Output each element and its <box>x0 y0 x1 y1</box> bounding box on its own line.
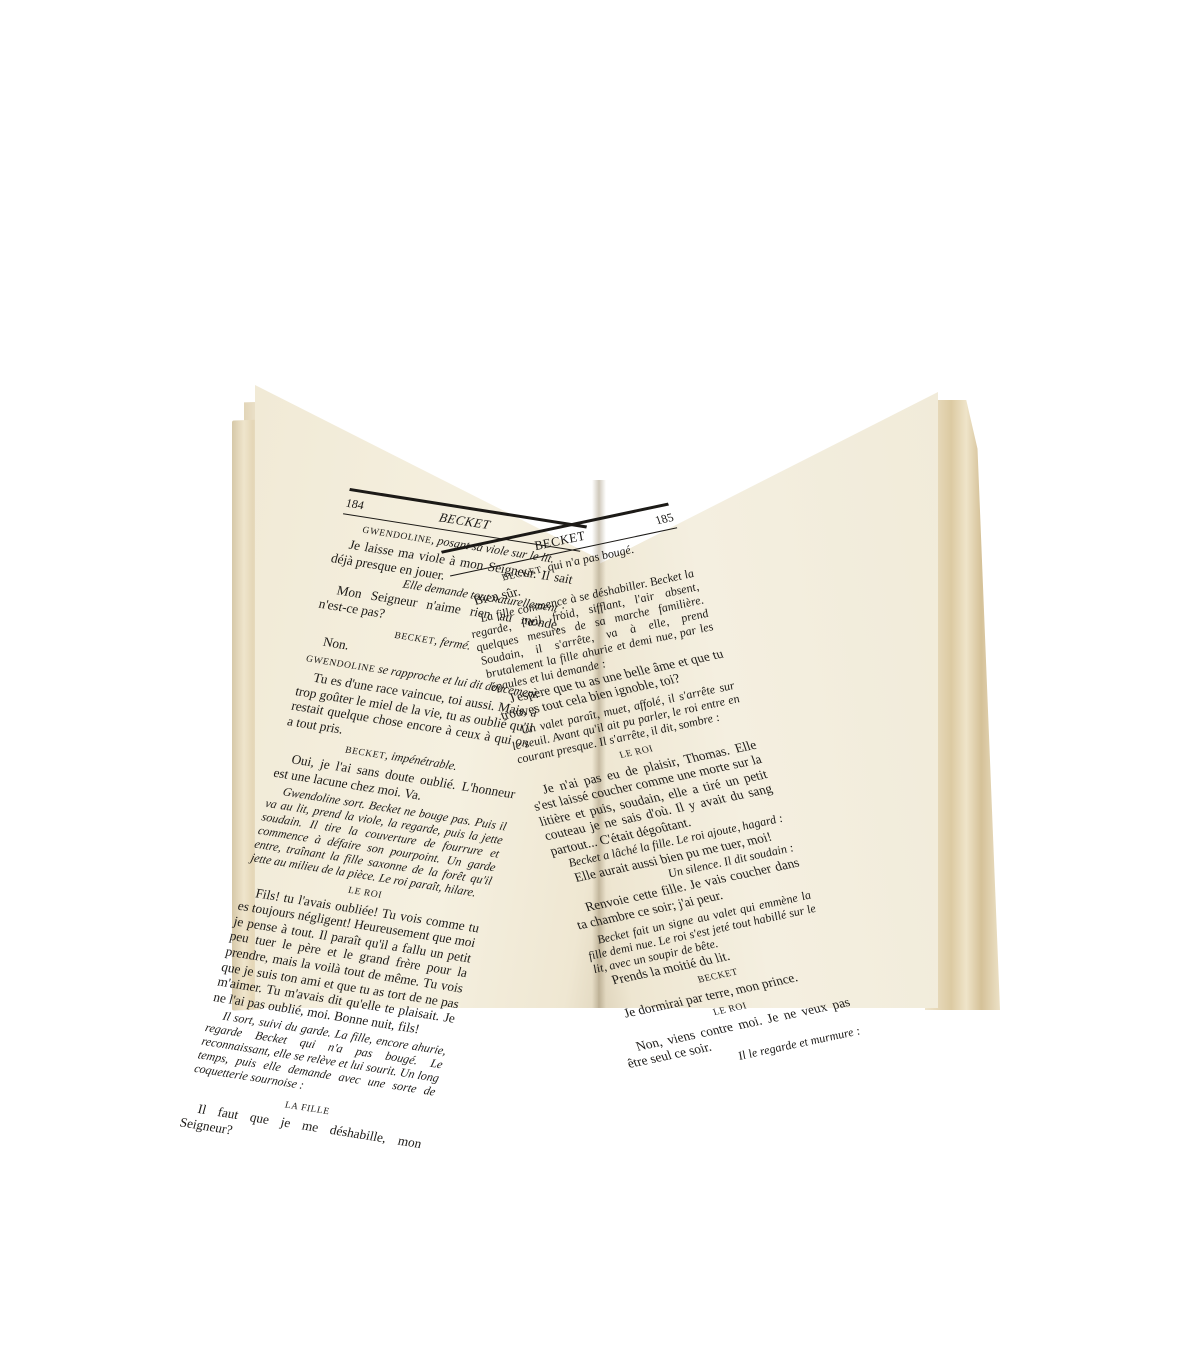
page-number: 185 <box>653 510 676 529</box>
